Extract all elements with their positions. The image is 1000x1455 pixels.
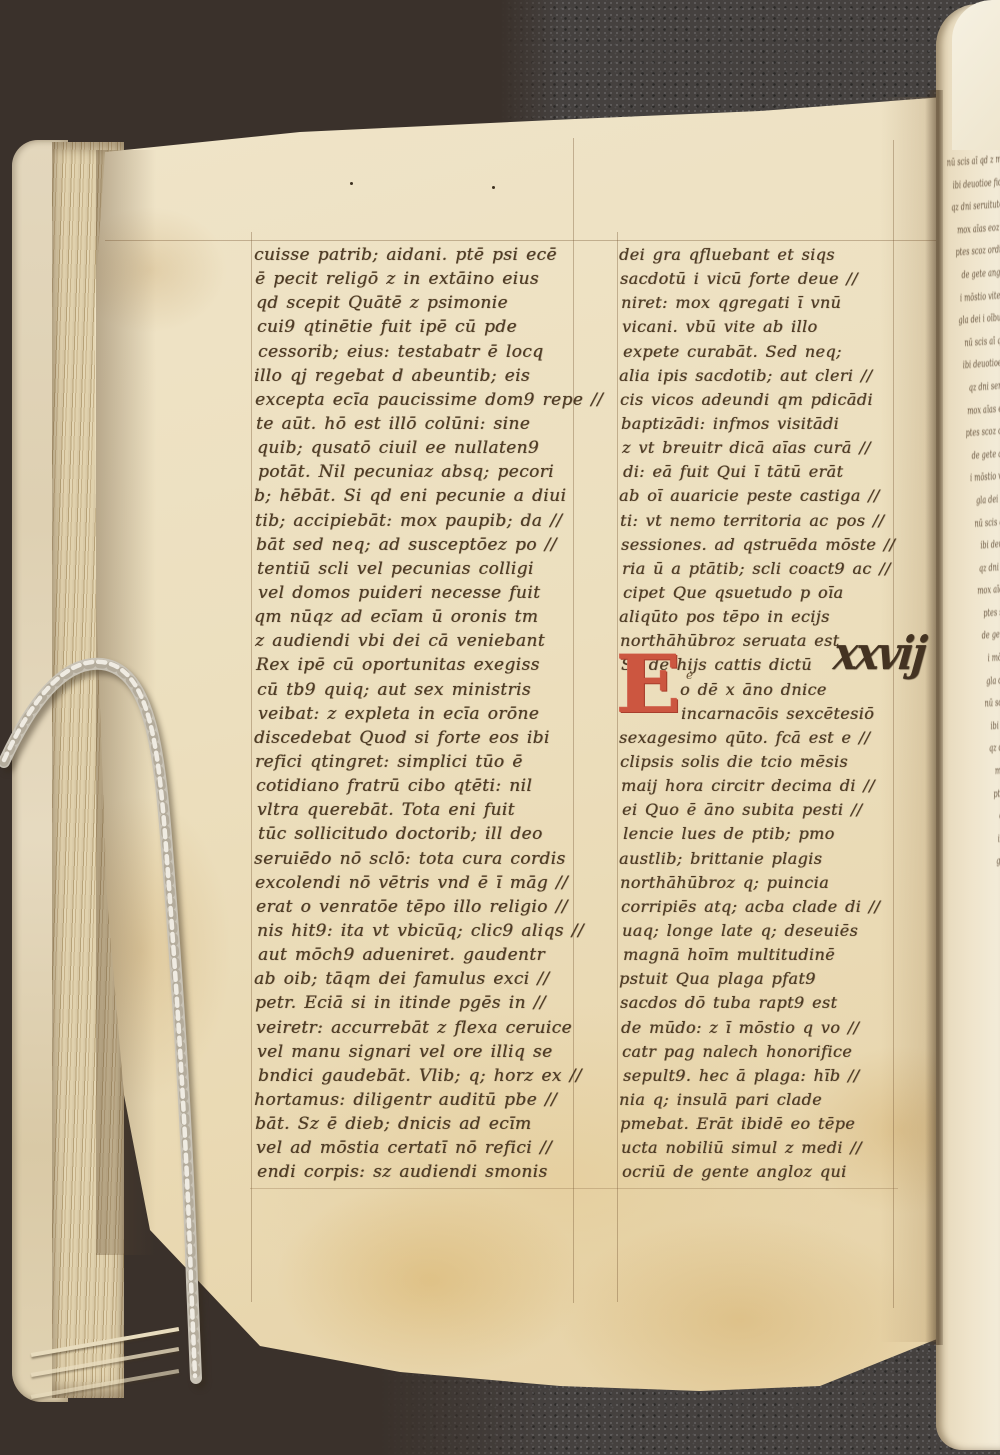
bookmark-cord bbox=[0, 0, 1000, 1455]
manuscript-photo-scene: cuisse patrib; aidani. ptē psi ecēē peci… bbox=[0, 0, 1000, 1455]
